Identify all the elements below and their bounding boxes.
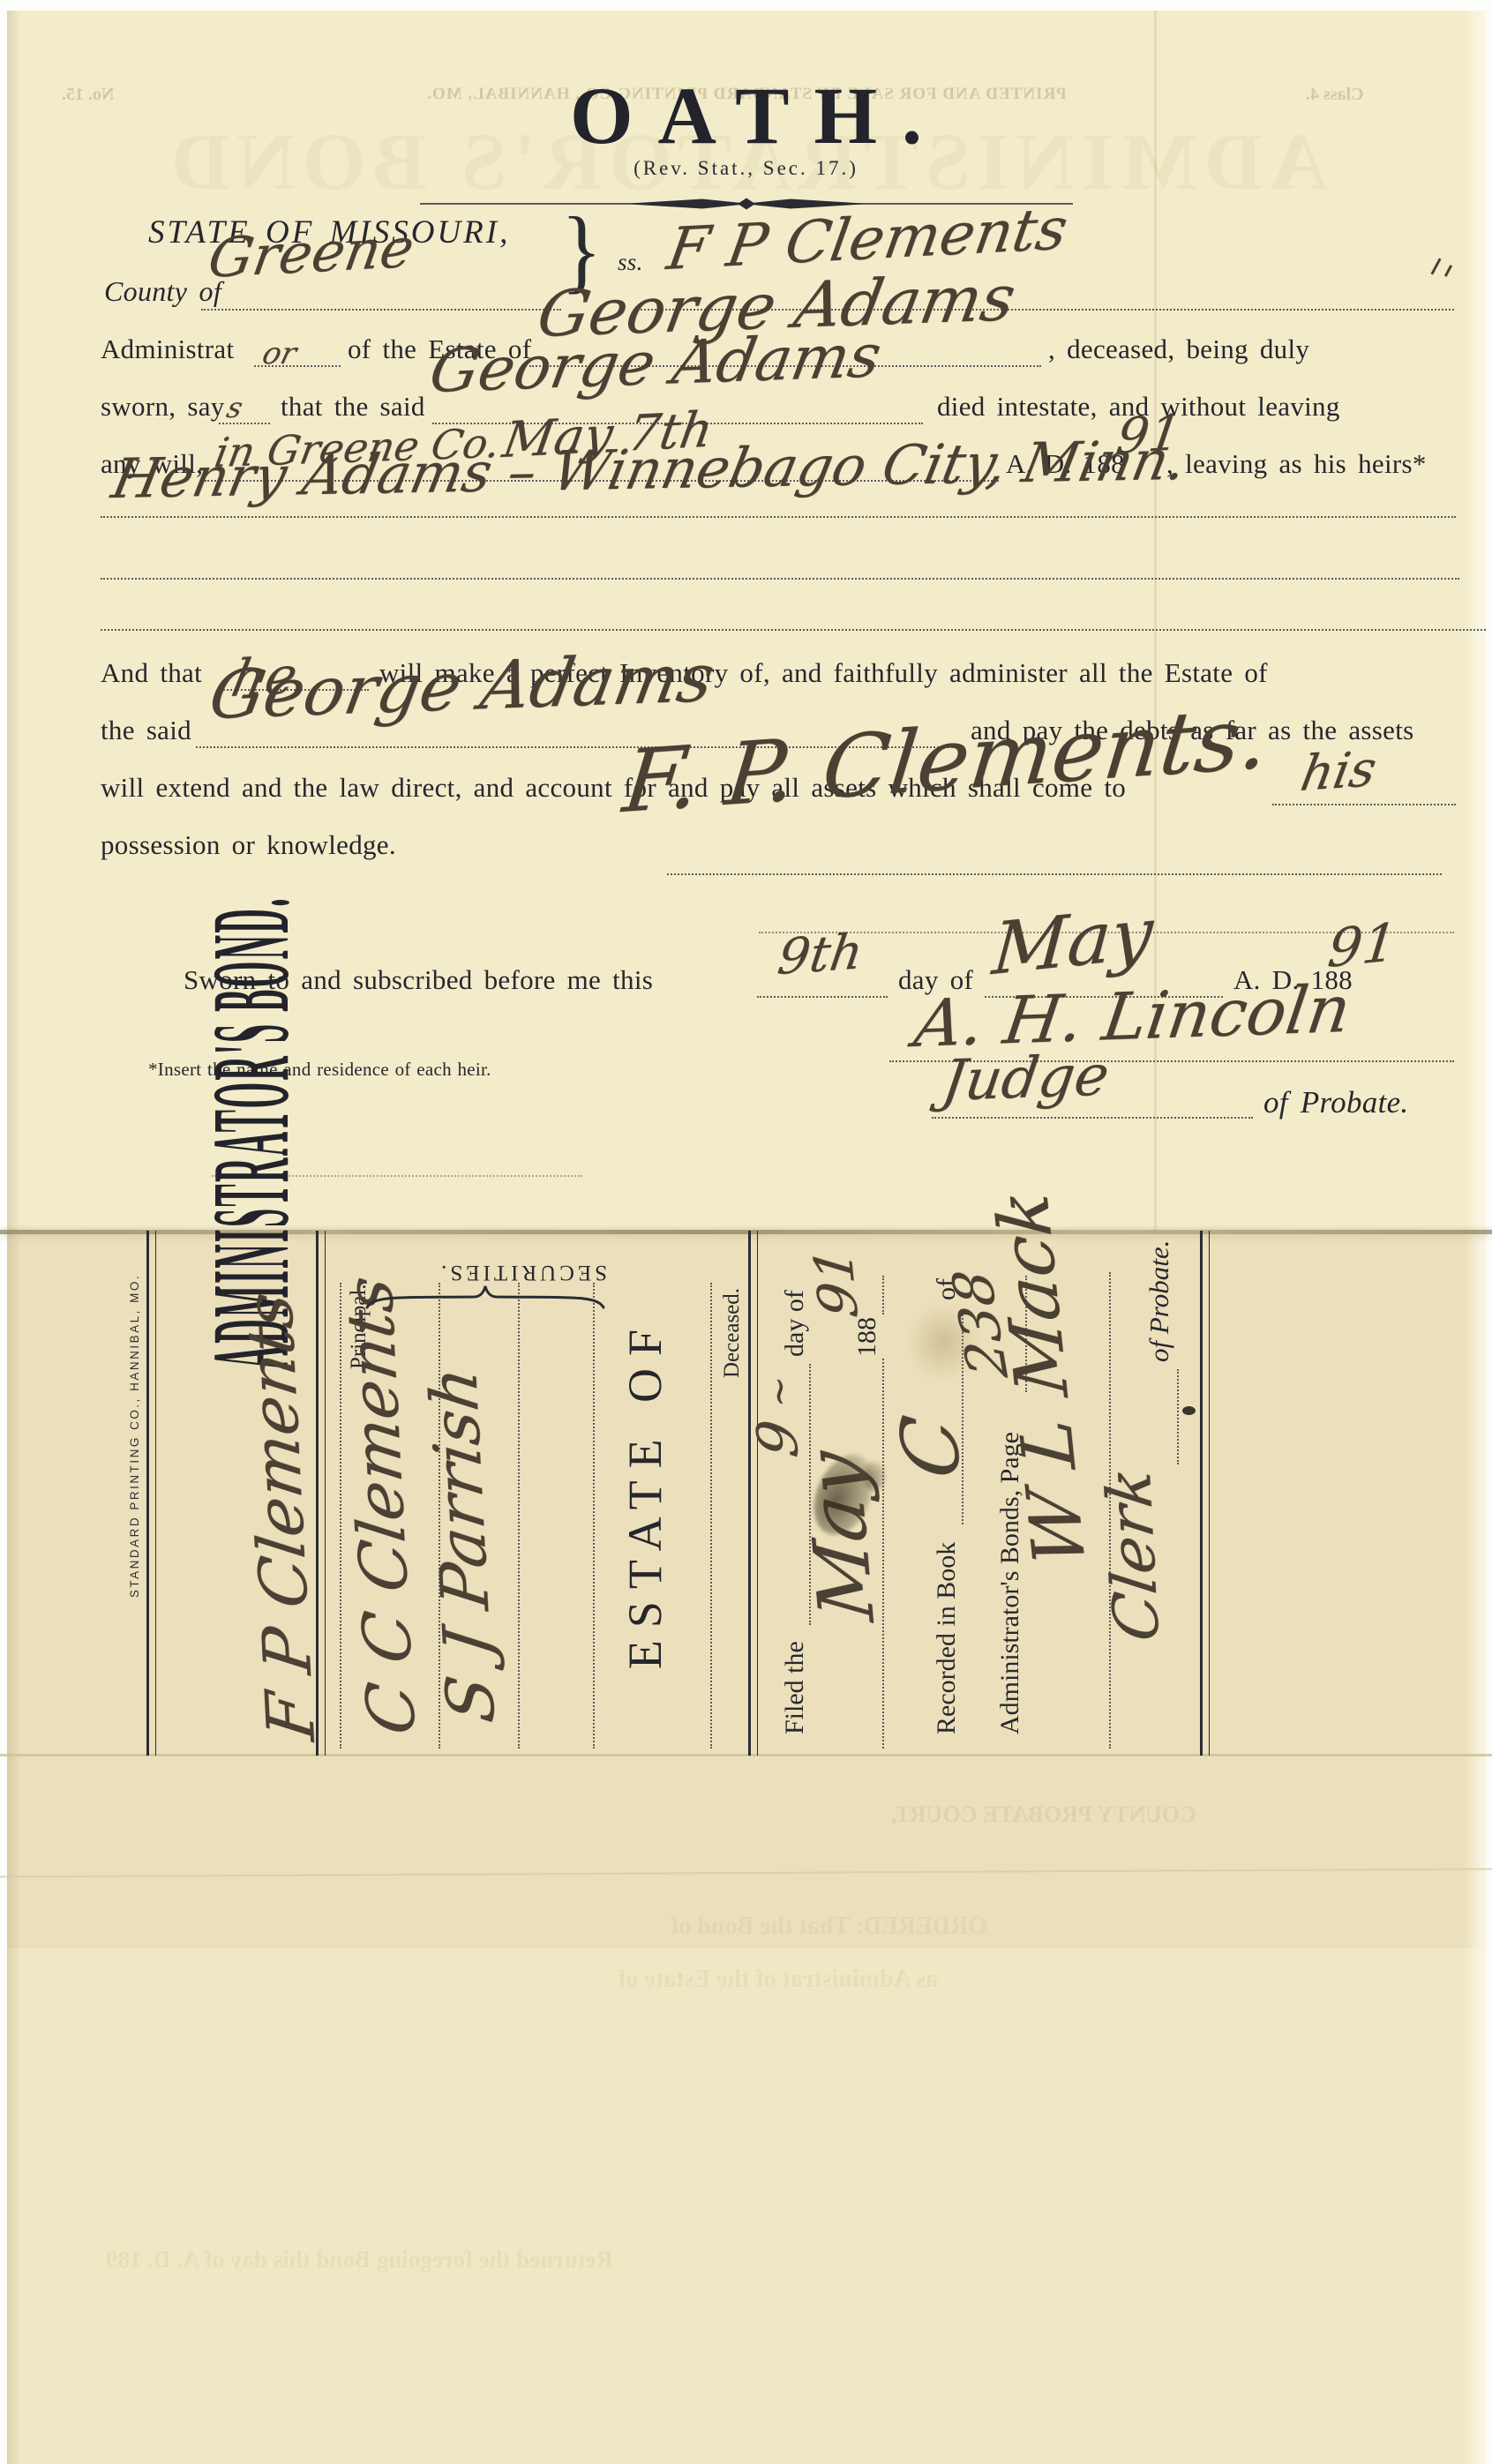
say-dotted	[219, 423, 270, 424]
filed-day-flourish: ~	[761, 1374, 798, 1410]
filed-day-of: day of	[780, 1290, 810, 1357]
ink-dot	[1182, 1406, 1196, 1415]
scanned-document-page: No. 15. PRINTED AND FOR SALE BY STANDARD…	[0, 0, 1492, 2464]
oath-title-row: OATH.	[0, 69, 1492, 162]
estate-of-heading: ESTATE OF	[618, 1231, 672, 1756]
filed-the: Filed the	[780, 1641, 810, 1734]
paper-band-bottom	[7, 1948, 1487, 2464]
recorded-in-book: Recorded in Book	[932, 1542, 962, 1734]
of-probate-printed: of Probate.	[1263, 1085, 1408, 1120]
judge-title-handwriting: Judge	[939, 1048, 1113, 1110]
estate-name-dotted-blank	[710, 1283, 712, 1749]
paper-edge-shadow-left	[7, 11, 21, 2464]
administrat-dotted	[254, 365, 341, 367]
oath-title: OATH.	[545, 71, 947, 161]
filed-year-printed: 188	[852, 1317, 882, 1357]
book-letter-handwriting: C	[889, 1412, 972, 1482]
statute-reference: (Rev. Stat., Sec. 17.)	[634, 157, 858, 179]
leaving-heirs: , leaving as his heirs*	[1166, 448, 1427, 480]
the-said: the said	[101, 715, 191, 746]
jurat-day-handwriting: 9th	[775, 928, 866, 983]
docket-panel: STANDARD PRINTING CO., HANNIBAL, MO. ADM…	[131, 1231, 1211, 1756]
clerk-of-probate-printed: of Probate.	[1143, 1240, 1175, 1362]
judge-title-dotted	[932, 1117, 1253, 1119]
his-handwriting: his	[1297, 745, 1380, 799]
clerk-title-handwriting: Clerk	[1098, 1465, 1168, 1644]
blank-dotted-line-1	[101, 578, 1459, 580]
and-that: And that	[101, 657, 202, 689]
docket-rule-bottom	[1200, 1231, 1210, 1756]
ss-label: ss.	[618, 249, 643, 276]
deceased-label: Deceased.	[720, 1288, 745, 1378]
paper-edge-light-right	[1464, 11, 1487, 2464]
bleedthrough-bottom-returned: Returned the foregoing Bond this day of …	[106, 2246, 613, 2273]
ink-blot-drip	[863, 1461, 886, 1491]
jurat-month-handwriting: May	[990, 898, 1155, 986]
securities-label: SECURITIES.	[367, 1260, 607, 1284]
judge-signature-handwriting: A. H. Lincoln	[911, 977, 1354, 1057]
estate-name-handwriting-2: George Adams	[425, 326, 885, 402]
filed-year-handwriting: 91	[806, 1246, 866, 1320]
docket-rule-top	[146, 1231, 156, 1756]
bleedthrough-bottom-court: COUNTY PROBATE COURT,	[891, 1801, 1196, 1828]
bleedthrough-bottom-ordered: ORDERED: That the Bond of	[671, 1913, 987, 1941]
jurat-day-dotted	[757, 996, 888, 998]
jurat-year-handwriting: 91	[1325, 916, 1399, 976]
securities-brace	[365, 1285, 605, 1310]
signature-dotted-line	[667, 873, 1442, 875]
county-dotted-line	[201, 309, 561, 311]
bleedthrough-bottom-administrat: as Administrat of the Estate of	[618, 1966, 938, 1994]
statute-row: (Rev. Stat., Sec. 17.)	[0, 157, 1492, 180]
printer-credit: STANDARD PRINTING CO., HANNIBAL, MO.	[128, 1231, 141, 1641]
security2-dotted-line	[518, 1283, 520, 1749]
possession-text: possession or knowledge.	[101, 829, 396, 861]
that-the-said: that the said	[281, 391, 425, 423]
deceased-being-duly: , deceased, being duly	[1048, 333, 1309, 365]
county-label: County of	[104, 275, 221, 308]
his-dotted	[1272, 804, 1456, 805]
blank-dotted-line-2	[101, 629, 1486, 631]
clerk-title-dotted	[1177, 1369, 1179, 1464]
security2-signature-handwriting: S J Parrish	[421, 1364, 505, 1726]
security3-dotted-line-blank	[593, 1283, 595, 1749]
estate-name-handwriting-3: George Adams	[205, 644, 719, 729]
heirs-dotted-line	[101, 516, 1456, 518]
sworn-say: sworn, say	[101, 391, 225, 423]
administrat-prefix: Administrat	[101, 333, 234, 365]
security1-signature-handwriting: C C Clements	[336, 1273, 425, 1738]
filed-year-dotted	[882, 1276, 884, 1314]
docket-rule-middle	[748, 1231, 758, 1756]
county-name-handwriting: Greene	[205, 221, 417, 286]
